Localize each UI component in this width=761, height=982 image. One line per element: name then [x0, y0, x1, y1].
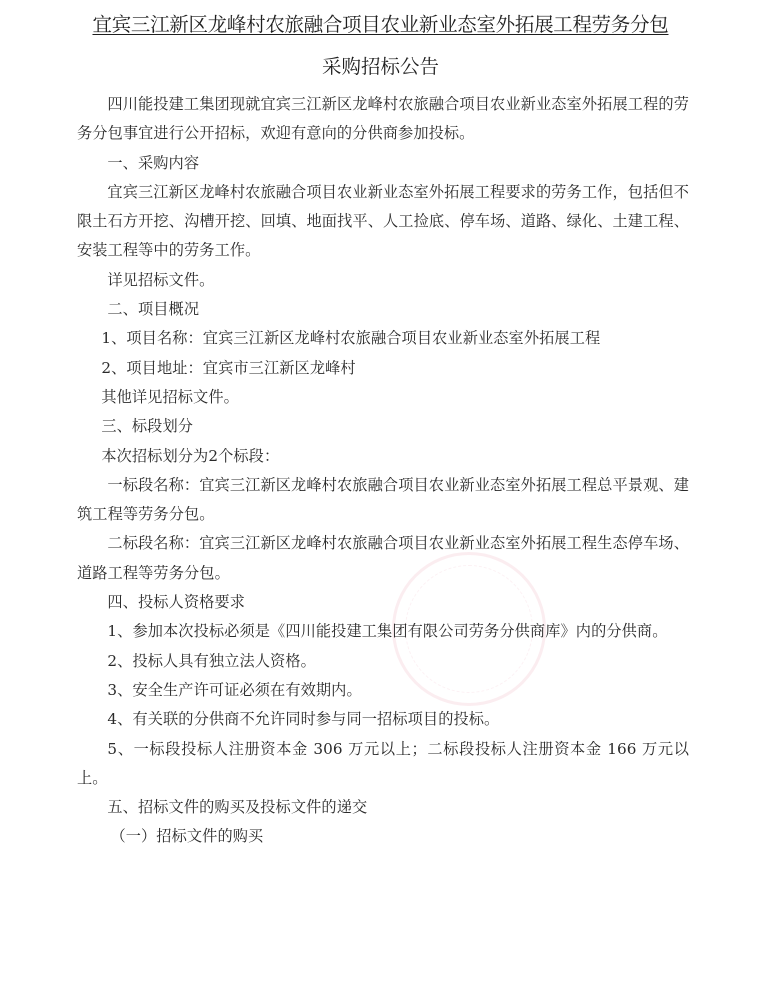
qualification-item-3: 3、安全生产许可证必须在有效期内。 — [77, 676, 689, 705]
section-heading-project-overview: 二、项目概况 — [77, 295, 689, 324]
qualification-item-4: 4、有关联的分供商不允许同时参与同一招标项目的投标。 — [77, 705, 689, 734]
section-heading-tender-documents: 五、招标文件的购买及投标文件的递交 — [77, 793, 689, 822]
document-title: 宜宾三江新区龙峰村农旅融合项目农业新业态室外拓展工程劳务分包 — [0, 10, 761, 40]
qualification-item-2: 2、投标人具有独立法人资格。 — [77, 647, 689, 676]
other-details-note: 其他详见招标文件。 — [77, 383, 689, 412]
document-body: 四川能投建工集团现就宜宾三江新区龙峰村农旅融合项目农业新业态室外拓展工程的劳务分… — [77, 90, 689, 852]
lot-count-paragraph: 本次招标划分为2个标段： — [77, 442, 689, 471]
document-page: 宜宾三江新区龙峰村农旅融合项目农业新业态室外拓展工程劳务分包 采购招标公告 四川… — [0, 0, 761, 982]
qualification-item-5: 5、一标段投标人注册资本金 306 万元以上；二标段投标人注册资本金 166 万… — [77, 735, 689, 794]
see-tender-docs-note: 详见招标文件。 — [77, 266, 689, 295]
document-title-text: 宜宾三江新区龙峰村农旅融合项目农业新业态室外拓展工程劳务分包 — [92, 13, 668, 36]
procurement-content-paragraph: 宜宾三江新区龙峰村农旅融合项目农业新业态室外拓展工程要求的劳务工作，包括但不限土… — [77, 178, 689, 266]
section-heading-bidder-qualification: 四、投标人资格要求 — [77, 588, 689, 617]
section-heading-procurement-content: 一、采购内容 — [77, 149, 689, 178]
project-address-item: 2、项目地址：宜宾市三江新区龙峰村 — [77, 354, 689, 383]
intro-paragraph: 四川能投建工集团现就宜宾三江新区龙峰村农旅融合项目农业新业态室外拓展工程的劳务分… — [77, 90, 689, 149]
qualification-item-1: 1、参加本次投标必须是《四川能投建工集团有限公司劳务分供商库》内的分供商。 — [77, 617, 689, 646]
lot-one-paragraph: 一标段名称：宜宾三江新区龙峰村农旅融合项目农业新业态室外拓展工程总平景观、建筑工… — [77, 471, 689, 530]
section-heading-lot-division: 三、标段划分 — [77, 412, 689, 441]
subsection-heading-tender-purchase: （一）招标文件的购买 — [77, 822, 689, 851]
project-name-item: 1、项目名称：宜宾三江新区龙峰村农旅融合项目农业新业态室外拓展工程 — [77, 324, 689, 353]
document-subtitle: 采购招标公告 — [0, 52, 761, 82]
lot-two-paragraph: 二标段名称：宜宾三江新区龙峰村农旅融合项目农业新业态室外拓展工程生态停车场、道路… — [77, 529, 689, 588]
